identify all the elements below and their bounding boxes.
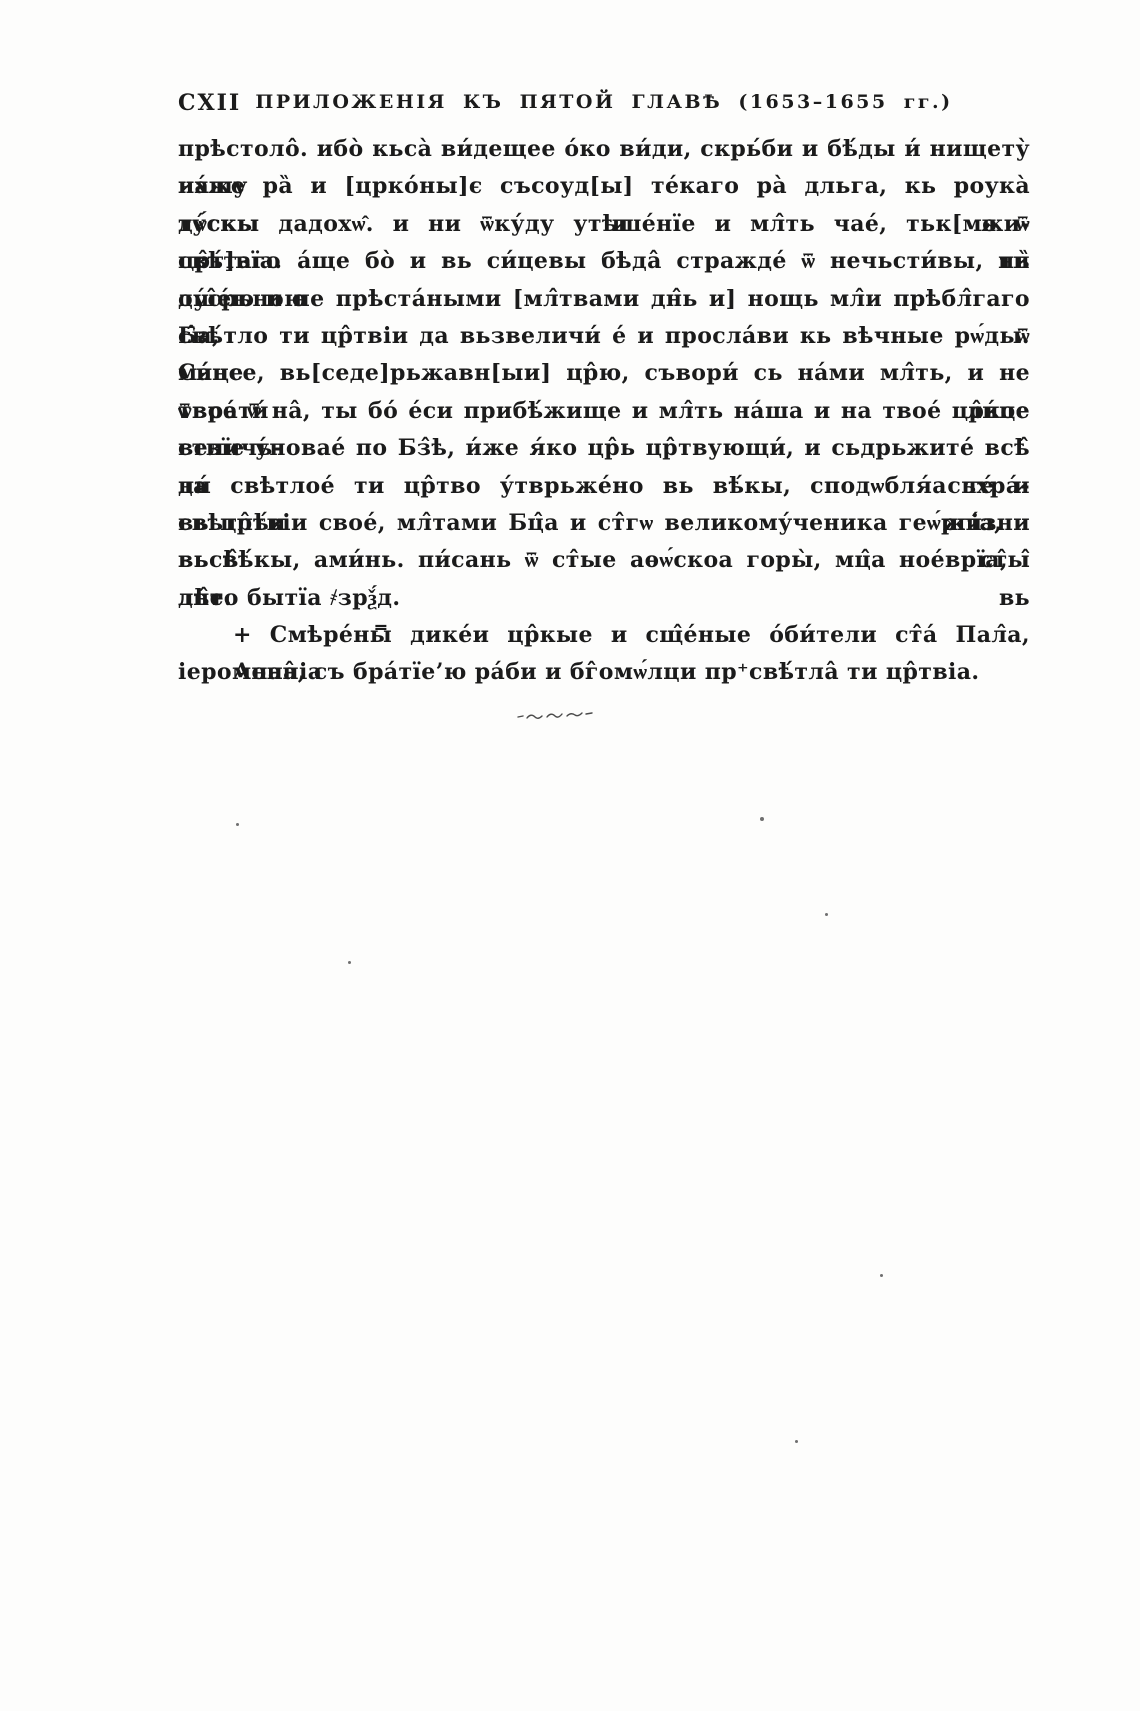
scan-speck xyxy=(760,817,764,821)
text-line: вь вѣ́кы, ами́нь. пи́сань ѿ ст̂ые аѳѡ́ск… xyxy=(178,542,1030,579)
text-line: прѣстоло̂. ибо̀ кьса̀ ви́дещее о́ко ви́д… xyxy=(178,131,1030,168)
text-line: свѣ́тло ти цр̂твіи да вьзвеличи́ е́ и пр… xyxy=(178,318,1030,355)
scan-speck xyxy=(880,1274,883,1277)
scan-speck xyxy=(236,823,239,826)
flourish-squiggle-icon xyxy=(515,708,605,724)
page-header: CXII ПРИЛОЖЕНІЯ КЪ ПЯТОЙ ГЛАВѢ (1653–165… xyxy=(178,88,1030,118)
text-line: ствїе у́повае́ по Бз̂ѣ, и́же я́ко цр̂ь ц… xyxy=(178,430,1030,467)
scan-speck xyxy=(795,1440,798,1443)
text-line: дш̂е́ю и не прѣста́ными [мл̂твами дн̂ь и… xyxy=(178,281,1030,318)
main-text-block: прѣстоло̂. ибо̀ кьса̀ ви́дещее о́ко ви́д… xyxy=(178,131,1030,692)
book-page: CXII ПРИЛОЖЕНІЯ КЪ ПЯТОЙ ГЛАВѢ (1653–165… xyxy=(0,0,1140,1711)
text-line-signature: іеромона̂, съ бра́тїе’ю ра́би и бг̂омѡ́л… xyxy=(178,654,1030,691)
text-line: твое́ ѿ на̂, ты бо́ е́си прибѣ́жище и мл… xyxy=(178,393,1030,430)
scan-speck xyxy=(348,961,351,964)
text-line: вь цр̂твіи свое́, мл̂тами Бц̂а и ст̂гѡ в… xyxy=(178,505,1030,542)
text-line-signature: + Смѣре́ны̿ дике́и цр̂кые и сщ̂е́ные о́б… xyxy=(178,617,1030,654)
scan-speck xyxy=(825,913,828,916)
text-line: ихже ра̏ и [црко́ны]є съсоуд[ы] те́каго … xyxy=(178,168,1030,205)
page-number: CXII xyxy=(178,90,241,116)
text-line: ма́нсе, вь[седе]рьжавн[ыи] цр̂ю, съвори́… xyxy=(178,355,1030,392)
text-line: цр̂т]вїа. а́ще бо̀ и вь си́цевы бѣда̂ ст… xyxy=(178,243,1030,280)
text-line: дѡ́скы дадохѡ̂. и ни ѿку́ду утѣше́нїе и … xyxy=(178,206,1030,243)
running-title: ПРИЛОЖЕНІЯ КЪ ПЯТОЙ ГЛАВѢ (1653–1655 гг.… xyxy=(178,88,1030,113)
text-line: ни́ свѣтлое́ ти цр̂тво у́тврьже́но вь вѣ… xyxy=(178,468,1030,505)
